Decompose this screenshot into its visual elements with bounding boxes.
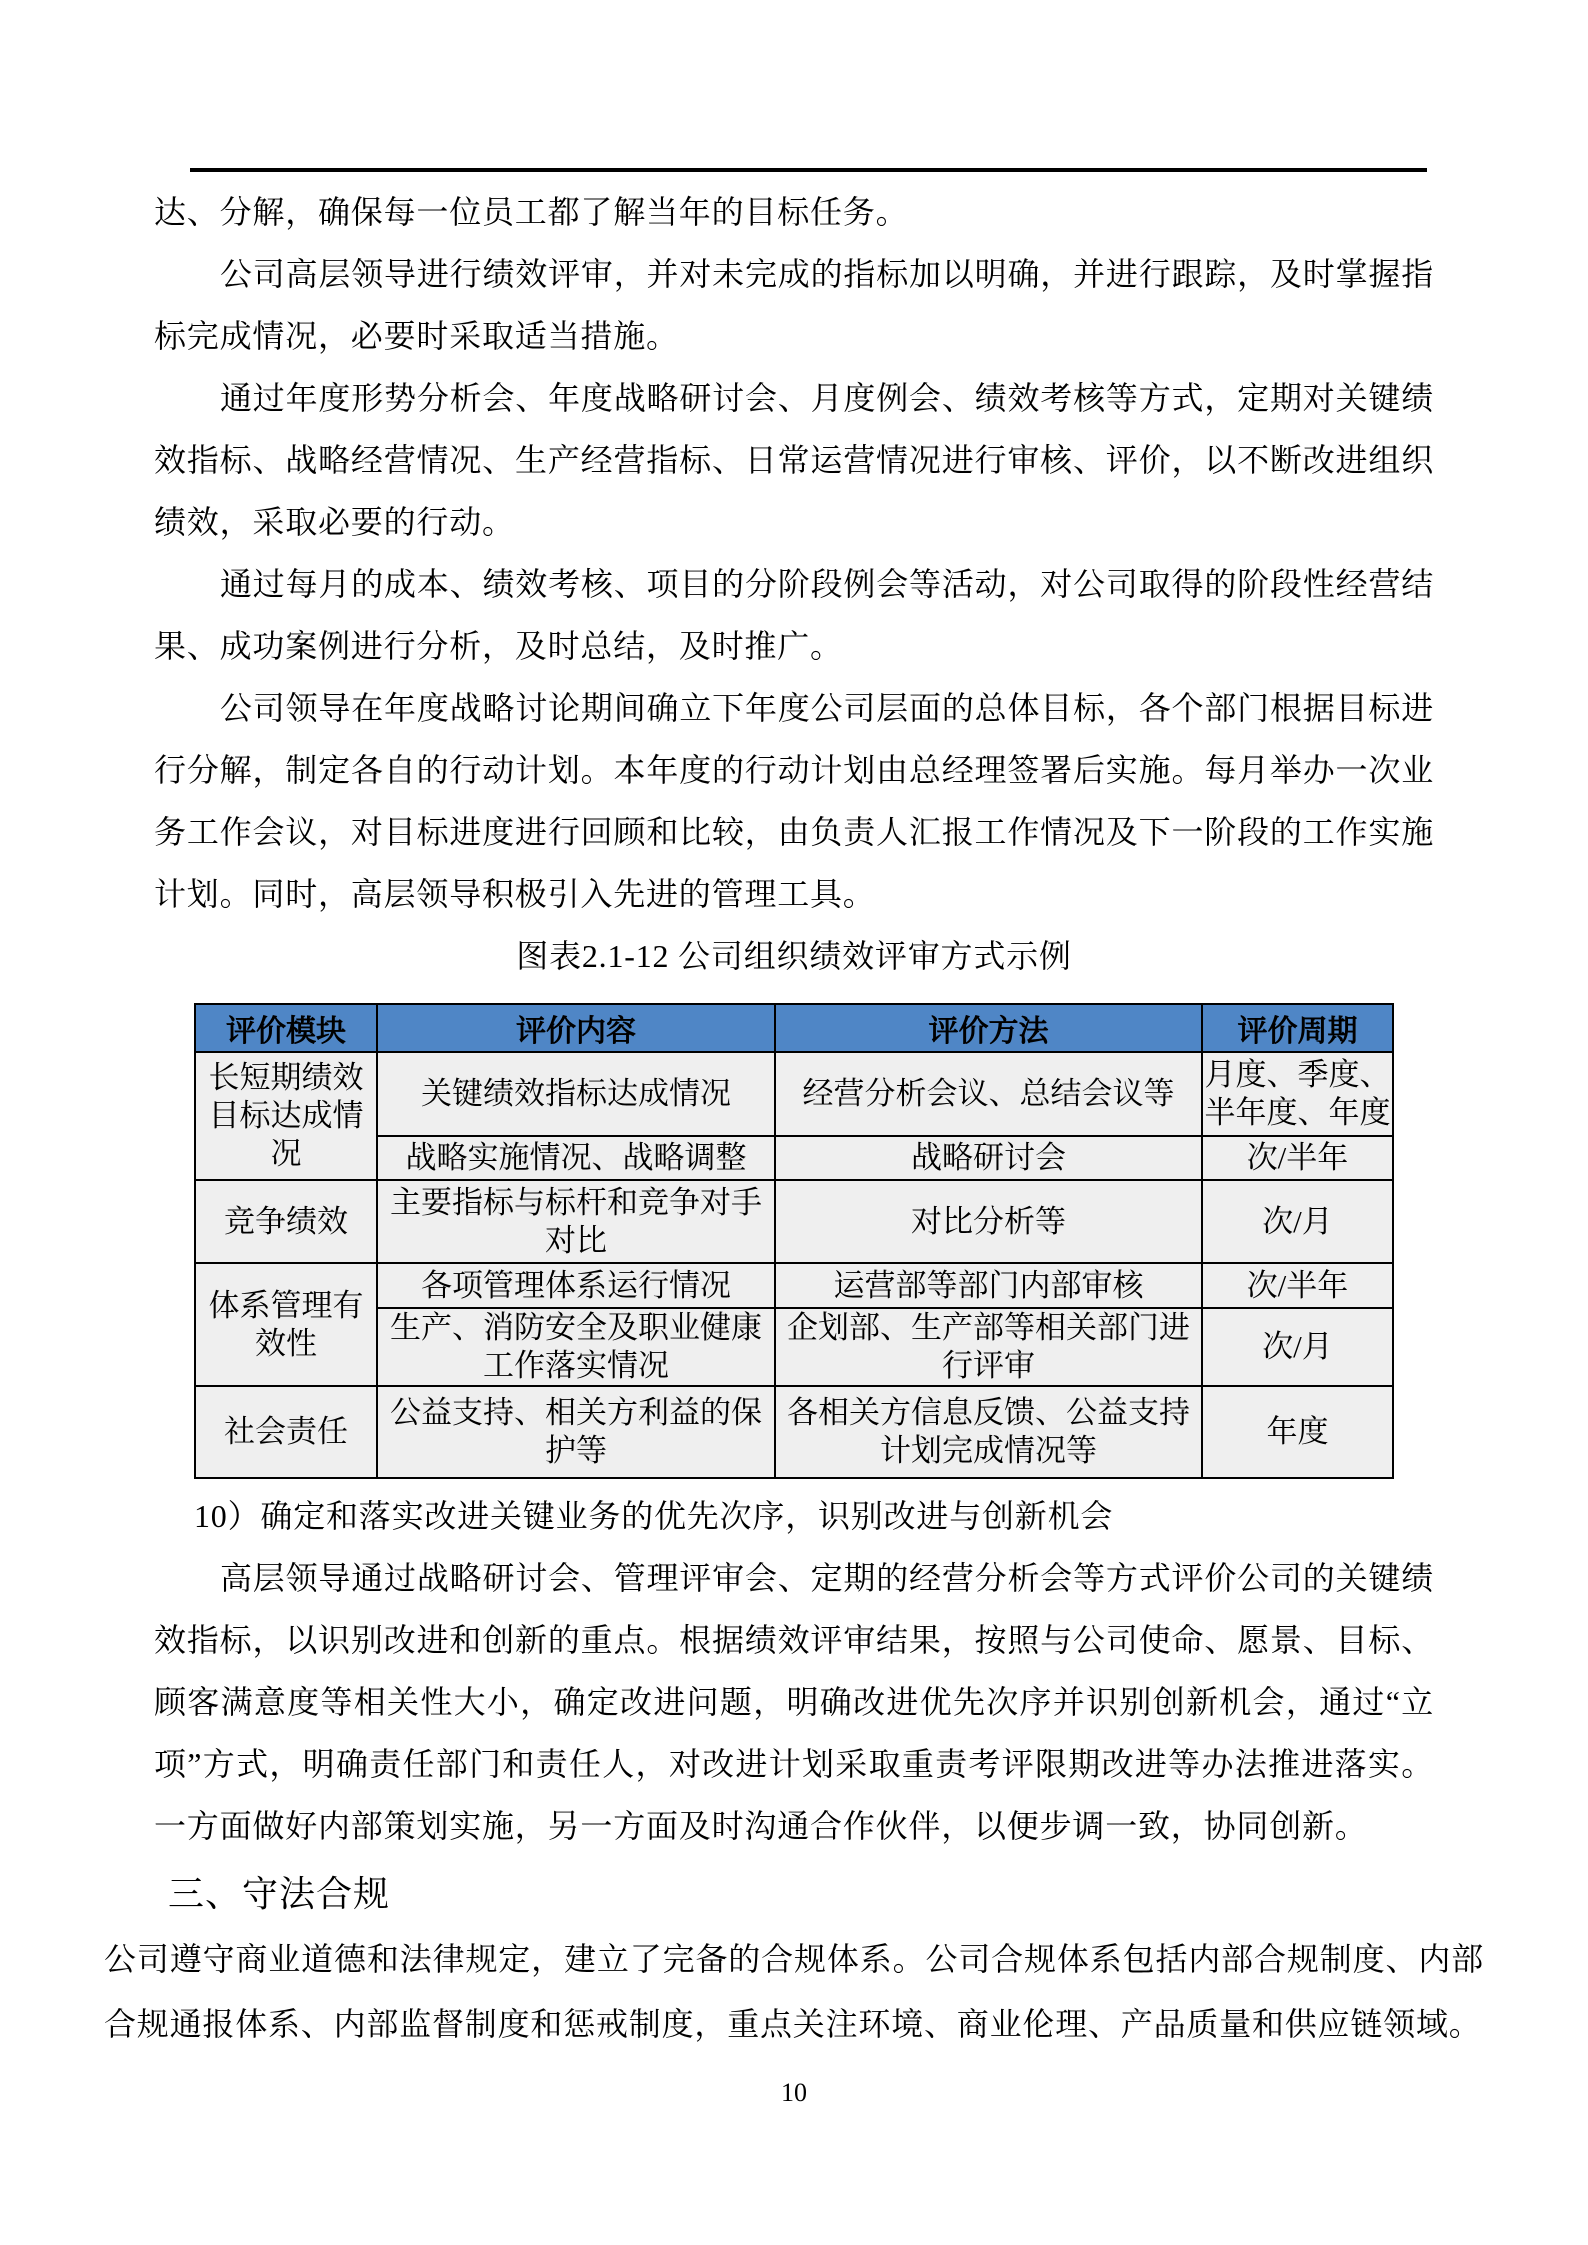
body-paragraph: 公司高层领导进行绩效评审，并对未完成的指标加以明确，并进行跟踪，及时掌握指标完成…	[154, 243, 1434, 367]
table-cell: 各相关方信息反馈、公益支持计划完成情况等	[775, 1386, 1202, 1478]
table-cell: 体系管理有效性	[195, 1263, 377, 1386]
final-paragraph: 公司遵守商业道德和法律规定，建立了完备的合规体系。公司合规体系包括内部合规制度、…	[104, 1927, 1484, 2057]
table-cell: 战略实施情况、战略调整	[377, 1136, 775, 1180]
body-paragraph: 通过年度形势分析会、年度战略研讨会、月度例会、绩效考核等方式，定期对关键绩效指标…	[154, 367, 1434, 553]
table-caption: 图表2.1-12 公司组织绩效评审方式示例	[154, 925, 1434, 987]
performance-review-table: 评价模块评价内容评价方法评价周期 长短期绩效目标达成情况关键绩效指标达成情况经营…	[194, 1003, 1394, 1479]
table-cell: 年度	[1202, 1386, 1393, 1478]
table-cell: 关键绩效指标达成情况	[377, 1052, 775, 1136]
paragraph-block: 达、分解，确保每一位员工都了解当年的目标任务。公司高层领导进行绩效评审，并对未完…	[154, 181, 1434, 925]
document-page: 达、分解，确保每一位员工都了解当年的目标任务。公司高层领导进行绩效评审，并对未完…	[0, 0, 1588, 2245]
body-paragraph: 通过每月的成本、绩效考核、项目的分阶段例会等活动，对公司取得的阶段性经营结果、成…	[154, 553, 1434, 677]
table-cell: 次/半年	[1202, 1136, 1393, 1180]
table-cell: 竞争绩效	[195, 1180, 377, 1263]
page-number: 10	[0, 2078, 1588, 2108]
table-cell: 战略研讨会	[775, 1136, 1202, 1180]
table-header-cell: 评价方法	[775, 1004, 1202, 1052]
table-body: 长短期绩效目标达成情况关键绩效指标达成情况经营分析会议、总结会议等月度、季度、半…	[195, 1052, 1393, 1478]
numbered-item: 10）确定和落实改进关键业务的优先次序，识别改进与创新机会	[154, 1485, 1434, 1547]
table-cell: 生产、消防安全及职业健康工作落实情况	[377, 1308, 775, 1386]
table-row: 竞争绩效主要指标与标杆和竞争对手对比对比分析等次/月	[195, 1180, 1393, 1263]
table-cell: 次/月	[1202, 1180, 1393, 1263]
table-row: 体系管理有效性各项管理体系运行情况运营部等部门内部审核次/半年	[195, 1263, 1393, 1308]
table-cell: 次/月	[1202, 1308, 1393, 1386]
table-cell: 对比分析等	[775, 1180, 1202, 1263]
table-cell: 公益支持、相关方利益的保护等	[377, 1386, 775, 1478]
table-header-row: 评价模块评价内容评价方法评价周期	[195, 1004, 1393, 1052]
table-cell: 主要指标与标杆和竞争对手对比	[377, 1180, 775, 1263]
table-cell: 各项管理体系运行情况	[377, 1263, 775, 1308]
closing-paragraph: 高层领导通过战略研讨会、管理评审会、定期的经营分析会等方式评价公司的关键绩效指标…	[154, 1547, 1434, 1857]
table-header-cell: 评价周期	[1202, 1004, 1393, 1052]
body-paragraph: 公司领导在年度战略讨论期间确立下年度公司层面的总体目标，各个部门根据目标进行分解…	[154, 677, 1434, 925]
table-cell: 经营分析会议、总结会议等	[775, 1052, 1202, 1136]
table-cell: 运营部等部门内部审核	[775, 1263, 1202, 1308]
table-head: 评价模块评价内容评价方法评价周期	[195, 1004, 1393, 1052]
table-cell: 月度、季度、半年度、年度	[1202, 1052, 1393, 1136]
table-cell: 企划部、生产部等相关部门进行评审	[775, 1308, 1202, 1386]
table-cell: 长短期绩效目标达成情况	[195, 1052, 377, 1180]
table-cell: 次/半年	[1202, 1263, 1393, 1308]
section-heading: 三、守法合规	[154, 1861, 1434, 1927]
header-rule	[190, 168, 1427, 172]
table-cell: 社会责任	[195, 1386, 377, 1478]
table-header-cell: 评价模块	[195, 1004, 377, 1052]
table-header-cell: 评价内容	[377, 1004, 775, 1052]
page-content: 达、分解，确保每一位员工都了解当年的目标任务。公司高层领导进行绩效评审，并对未完…	[154, 181, 1434, 2057]
table-row: 长短期绩效目标达成情况关键绩效指标达成情况经营分析会议、总结会议等月度、季度、半…	[195, 1052, 1393, 1136]
table-row: 社会责任公益支持、相关方利益的保护等各相关方信息反馈、公益支持计划完成情况等年度	[195, 1386, 1393, 1478]
body-paragraph: 达、分解，确保每一位员工都了解当年的目标任务。	[154, 181, 1434, 243]
